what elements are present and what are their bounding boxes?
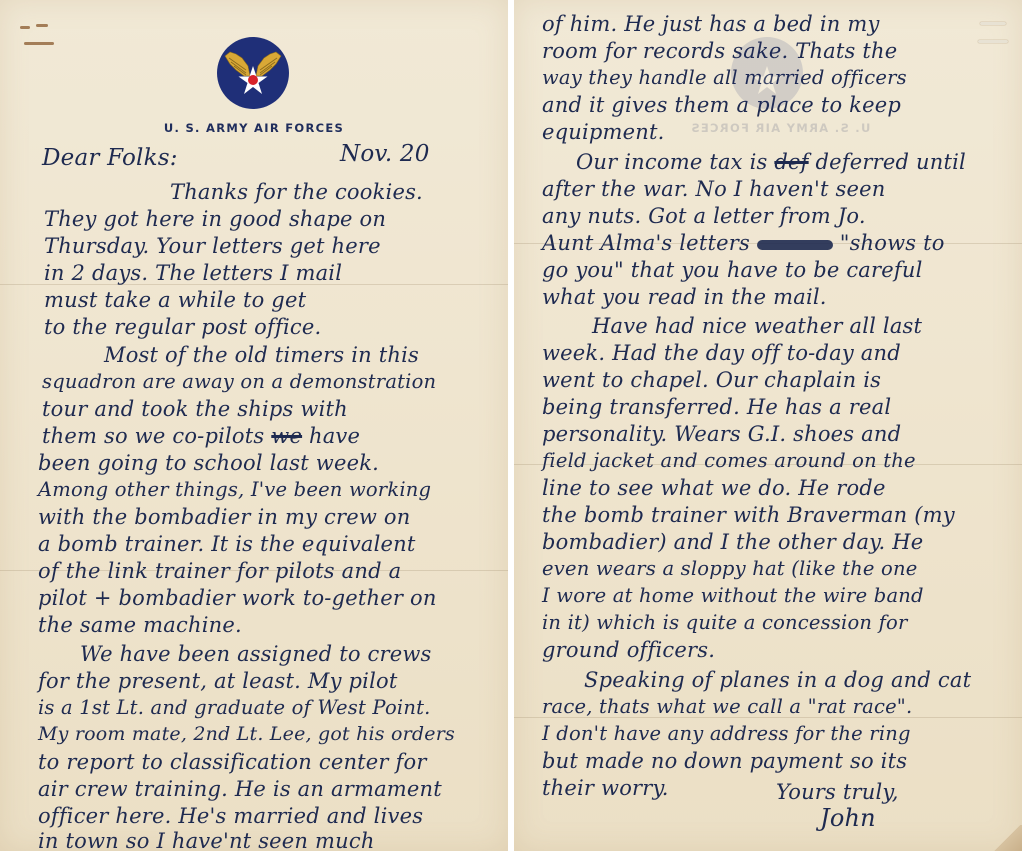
text-line: of the link trainer for pilots and a <box>38 559 401 583</box>
text-line: equipment. <box>542 120 665 144</box>
staple-mark <box>24 42 54 45</box>
text-line: squadron are away on a demonstration <box>42 370 436 393</box>
text-line: the same machine. <box>38 613 242 637</box>
army-air-forces-emblem-icon <box>216 36 290 110</box>
text-line: them so we co-pilots we have <box>42 424 360 448</box>
text-line: Most of the old timers in this <box>104 343 419 367</box>
text-line: is a 1st Lt. and graduate of West Point. <box>38 696 431 719</box>
signature: John <box>820 804 876 832</box>
text-line: what you read in the mail. <box>542 285 827 309</box>
staple-mark <box>20 26 30 29</box>
text-line: their worry. <box>542 776 669 800</box>
text-line: Aunt Alma's letters "shows to <box>542 231 945 255</box>
scribbled-out-word <box>757 240 833 250</box>
text-line: to the regular post office. <box>44 315 321 339</box>
text-line: air crew training. He is an armament <box>38 777 442 801</box>
text-line: any nuts. Got a letter from Jo. <box>542 204 866 228</box>
letterhead-title: U. S. ARMY AIR FORCES <box>0 121 508 135</box>
text-line: of him. He just has a bed in my <box>542 12 880 36</box>
text-line: way they handle all married officers <box>542 66 907 89</box>
staple-mark <box>980 22 1006 25</box>
text-line: being transferred. He has a real <box>542 395 891 419</box>
letter-page-1: U. S. ARMY AIR FORCES Dear Folks: Nov. 2… <box>0 0 508 851</box>
text-line: the bomb trainer with Braverman (my <box>542 503 955 527</box>
text-line: in town so I have'nt seen much <box>38 829 375 851</box>
text-line: been going to school last week. <box>38 451 379 475</box>
letter-date: Nov. 20 <box>340 141 430 167</box>
struck-out-word: def <box>774 150 808 174</box>
text-line: Thanks for the cookies. <box>170 180 423 204</box>
text-line: Have had nice weather all last <box>592 314 922 338</box>
text-line: with the bombadier in my crew on <box>38 505 410 529</box>
text-line: week. Had the day off to-day and <box>542 341 901 365</box>
text-line: went to chapel. Our chaplain is <box>542 368 881 392</box>
text-line: bombadier) and I the other day. He <box>542 530 923 554</box>
text-segment: Aunt Alma's letters <box>542 231 750 255</box>
text-line: personality. Wears G.I. shoes and <box>542 422 901 446</box>
text-line: for the present, at least. My pilot <box>38 669 398 693</box>
text-segment: deferred until <box>816 150 966 174</box>
text-line: Thursday. Your letters get here <box>44 234 381 258</box>
bleed-through-letterhead: U. S. ARMY AIR FORCES <box>690 121 870 135</box>
text-line: after the war. No I haven't seen <box>542 177 886 201</box>
text-line: in 2 days. The letters I mail <box>44 261 342 285</box>
text-line: but made no down payment so its <box>542 749 907 773</box>
text-line: a bomb trainer. It is the equivalent <box>38 532 416 556</box>
text-line: My room mate, 2nd Lt. Lee, got his order… <box>38 723 455 745</box>
text-line: I wore at home without the wire band <box>542 584 924 607</box>
text-segment: have <box>309 424 360 448</box>
text-line: officer here. He's married and lives <box>38 804 423 828</box>
text-line: go you" that you have to be careful <box>542 258 923 282</box>
text-line: line to see what we do. He rode <box>542 476 886 500</box>
text-line: room for records sake. Thats the <box>542 39 897 63</box>
text-line: I don't have any address for the ring <box>542 722 911 745</box>
text-line: race, thats what we call a "rat race". <box>542 695 912 718</box>
text-segment: them so we co-pilots <box>42 424 264 448</box>
text-line: and it gives them a place to keep <box>542 93 901 117</box>
text-line: They got here in good shape on <box>44 207 386 231</box>
text-line: Speaking of planes in a dog and cat <box>584 668 971 692</box>
text-line: to report to classification center for <box>38 750 427 774</box>
text-line: Among other things, I've been working <box>38 478 431 501</box>
text-segment: Our income tax is <box>576 150 768 174</box>
closing: Yours truly, <box>776 780 899 804</box>
text-segment: "shows to <box>840 231 945 255</box>
staple-mark <box>978 40 1008 43</box>
text-line: must take a while to get <box>44 288 306 312</box>
struck-out-word: we <box>271 424 302 448</box>
bleed-through-emblem-icon <box>730 36 804 110</box>
text-line: tour and took the ships with <box>42 397 348 421</box>
text-line: even wears a sloppy hat (like the one <box>542 557 917 580</box>
text-line: ground officers. <box>542 638 715 662</box>
text-line: Our income tax is def deferred until <box>576 150 966 174</box>
text-line: pilot + bombadier work to-gether on <box>38 586 437 610</box>
text-line: field jacket and comes around on the <box>542 449 916 472</box>
text-line: We have been assigned to crews <box>80 642 432 666</box>
staple-mark <box>36 24 48 27</box>
text-line: in it) which is quite a concession for <box>542 611 907 634</box>
salutation: Dear Folks: <box>42 145 178 171</box>
